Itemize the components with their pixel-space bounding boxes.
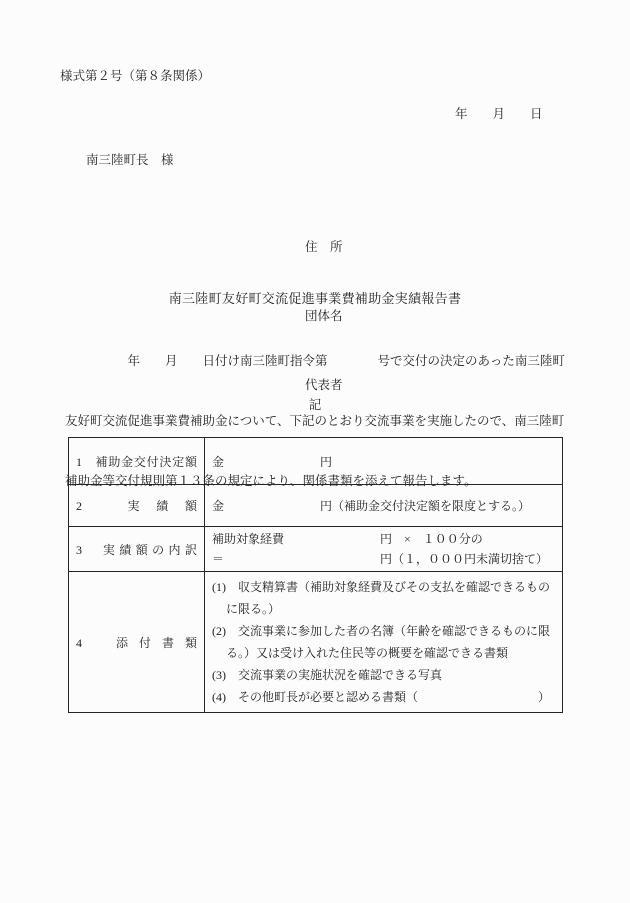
row-value: 金 円（補助金交付決定額を限度とする。） xyxy=(212,497,555,514)
row-value-cell: 金 円（補助金交付決定額を限度とする。） xyxy=(205,485,563,527)
row-label: 3 実績額の内訳 xyxy=(76,541,197,558)
record-heading: 記 xyxy=(0,395,630,413)
row-label: 4 添付書類 xyxy=(76,634,197,651)
table-row-breakdown: 3 実績額の内訳 補助対象経費 円 × １００分の ＝ 円（１，０００円未満切捨… xyxy=(69,527,563,572)
attachment-item: (3) 交流事業の実施状況を確認できる写真 xyxy=(212,664,555,686)
date-line: 年 月 日 xyxy=(455,104,543,122)
row-value: 金 円 xyxy=(212,453,555,470)
attachment-list: (1) 収支精算書（補助対象経費及びその支払を確認できるものに限る。） (2) … xyxy=(212,574,555,710)
breakdown-line-2: ＝ 円（１，０００円未満切捨て） xyxy=(212,549,555,569)
table-row-attachments: 4 添付書類 (1) 収支精算書（補助対象経費及びその支払を確認できるものに限る… xyxy=(69,572,563,713)
attachment-item: (1) 収支精算書（補助対象経費及びその支払を確認できるものに限る。） xyxy=(212,576,555,620)
row-value-cell: 補助対象経費 円 × １００分の ＝ 円（１，０００円未満切捨て） xyxy=(205,527,563,572)
row-label-cell: 3 実績額の内訳 xyxy=(69,527,205,572)
document-title: 南三陸町友好町交流促進事業費補助金実績報告書 xyxy=(0,288,630,307)
attachment-item: (4) その他町長が必要と認める書類（ ） xyxy=(212,686,555,708)
row-label-cell: 2 実績額 xyxy=(69,485,205,527)
attachment-item: (2) 交流事業に参加した者の名簿（年齢を確認できるものに限る。）又は受け入れた… xyxy=(212,620,555,664)
row-label-cell: 4 添付書類 xyxy=(69,572,205,713)
table-row-grant-decision: 1 補助金交付決定額 金 円 xyxy=(69,438,563,485)
document-page: 様式第２号（第８条関係） 年 月 日 南三陸町長 様 住 所 団体名 代表者 南… xyxy=(0,0,630,903)
report-table: 1 補助金交付決定額 金 円 2 実績額 金 円（補助金交付決定額を限度とする。… xyxy=(68,437,563,713)
row-label: 2 実績額 xyxy=(76,497,197,514)
addressee: 南三陸町長 様 xyxy=(86,150,174,168)
table-row-actual-amount: 2 実績額 金 円（補助金交付決定額を限度とする。） xyxy=(69,485,563,527)
sender-address-label: 住 所 xyxy=(305,236,343,259)
row-label: 1 補助金交付決定額 xyxy=(76,453,197,470)
row-value-cell: 金 円 xyxy=(205,438,563,485)
body-line: 友好町交流促進事業費補助金について、下記のとおり交流事業を実施したので、南三陸町 xyxy=(65,411,569,431)
body-line: 年 月 日付け南三陸町指令第 号で交付の決定のあった南三陸町 xyxy=(65,351,569,371)
row-value-cell: (1) 収支精算書（補助対象経費及びその支払を確認できるものに限る。） (2) … xyxy=(205,572,563,713)
row-label-cell: 1 補助金交付決定額 xyxy=(69,438,205,485)
breakdown-line-1: 補助対象経費 円 × １００分の xyxy=(212,529,555,549)
form-number: 様式第２号（第８条関係） xyxy=(60,66,210,84)
